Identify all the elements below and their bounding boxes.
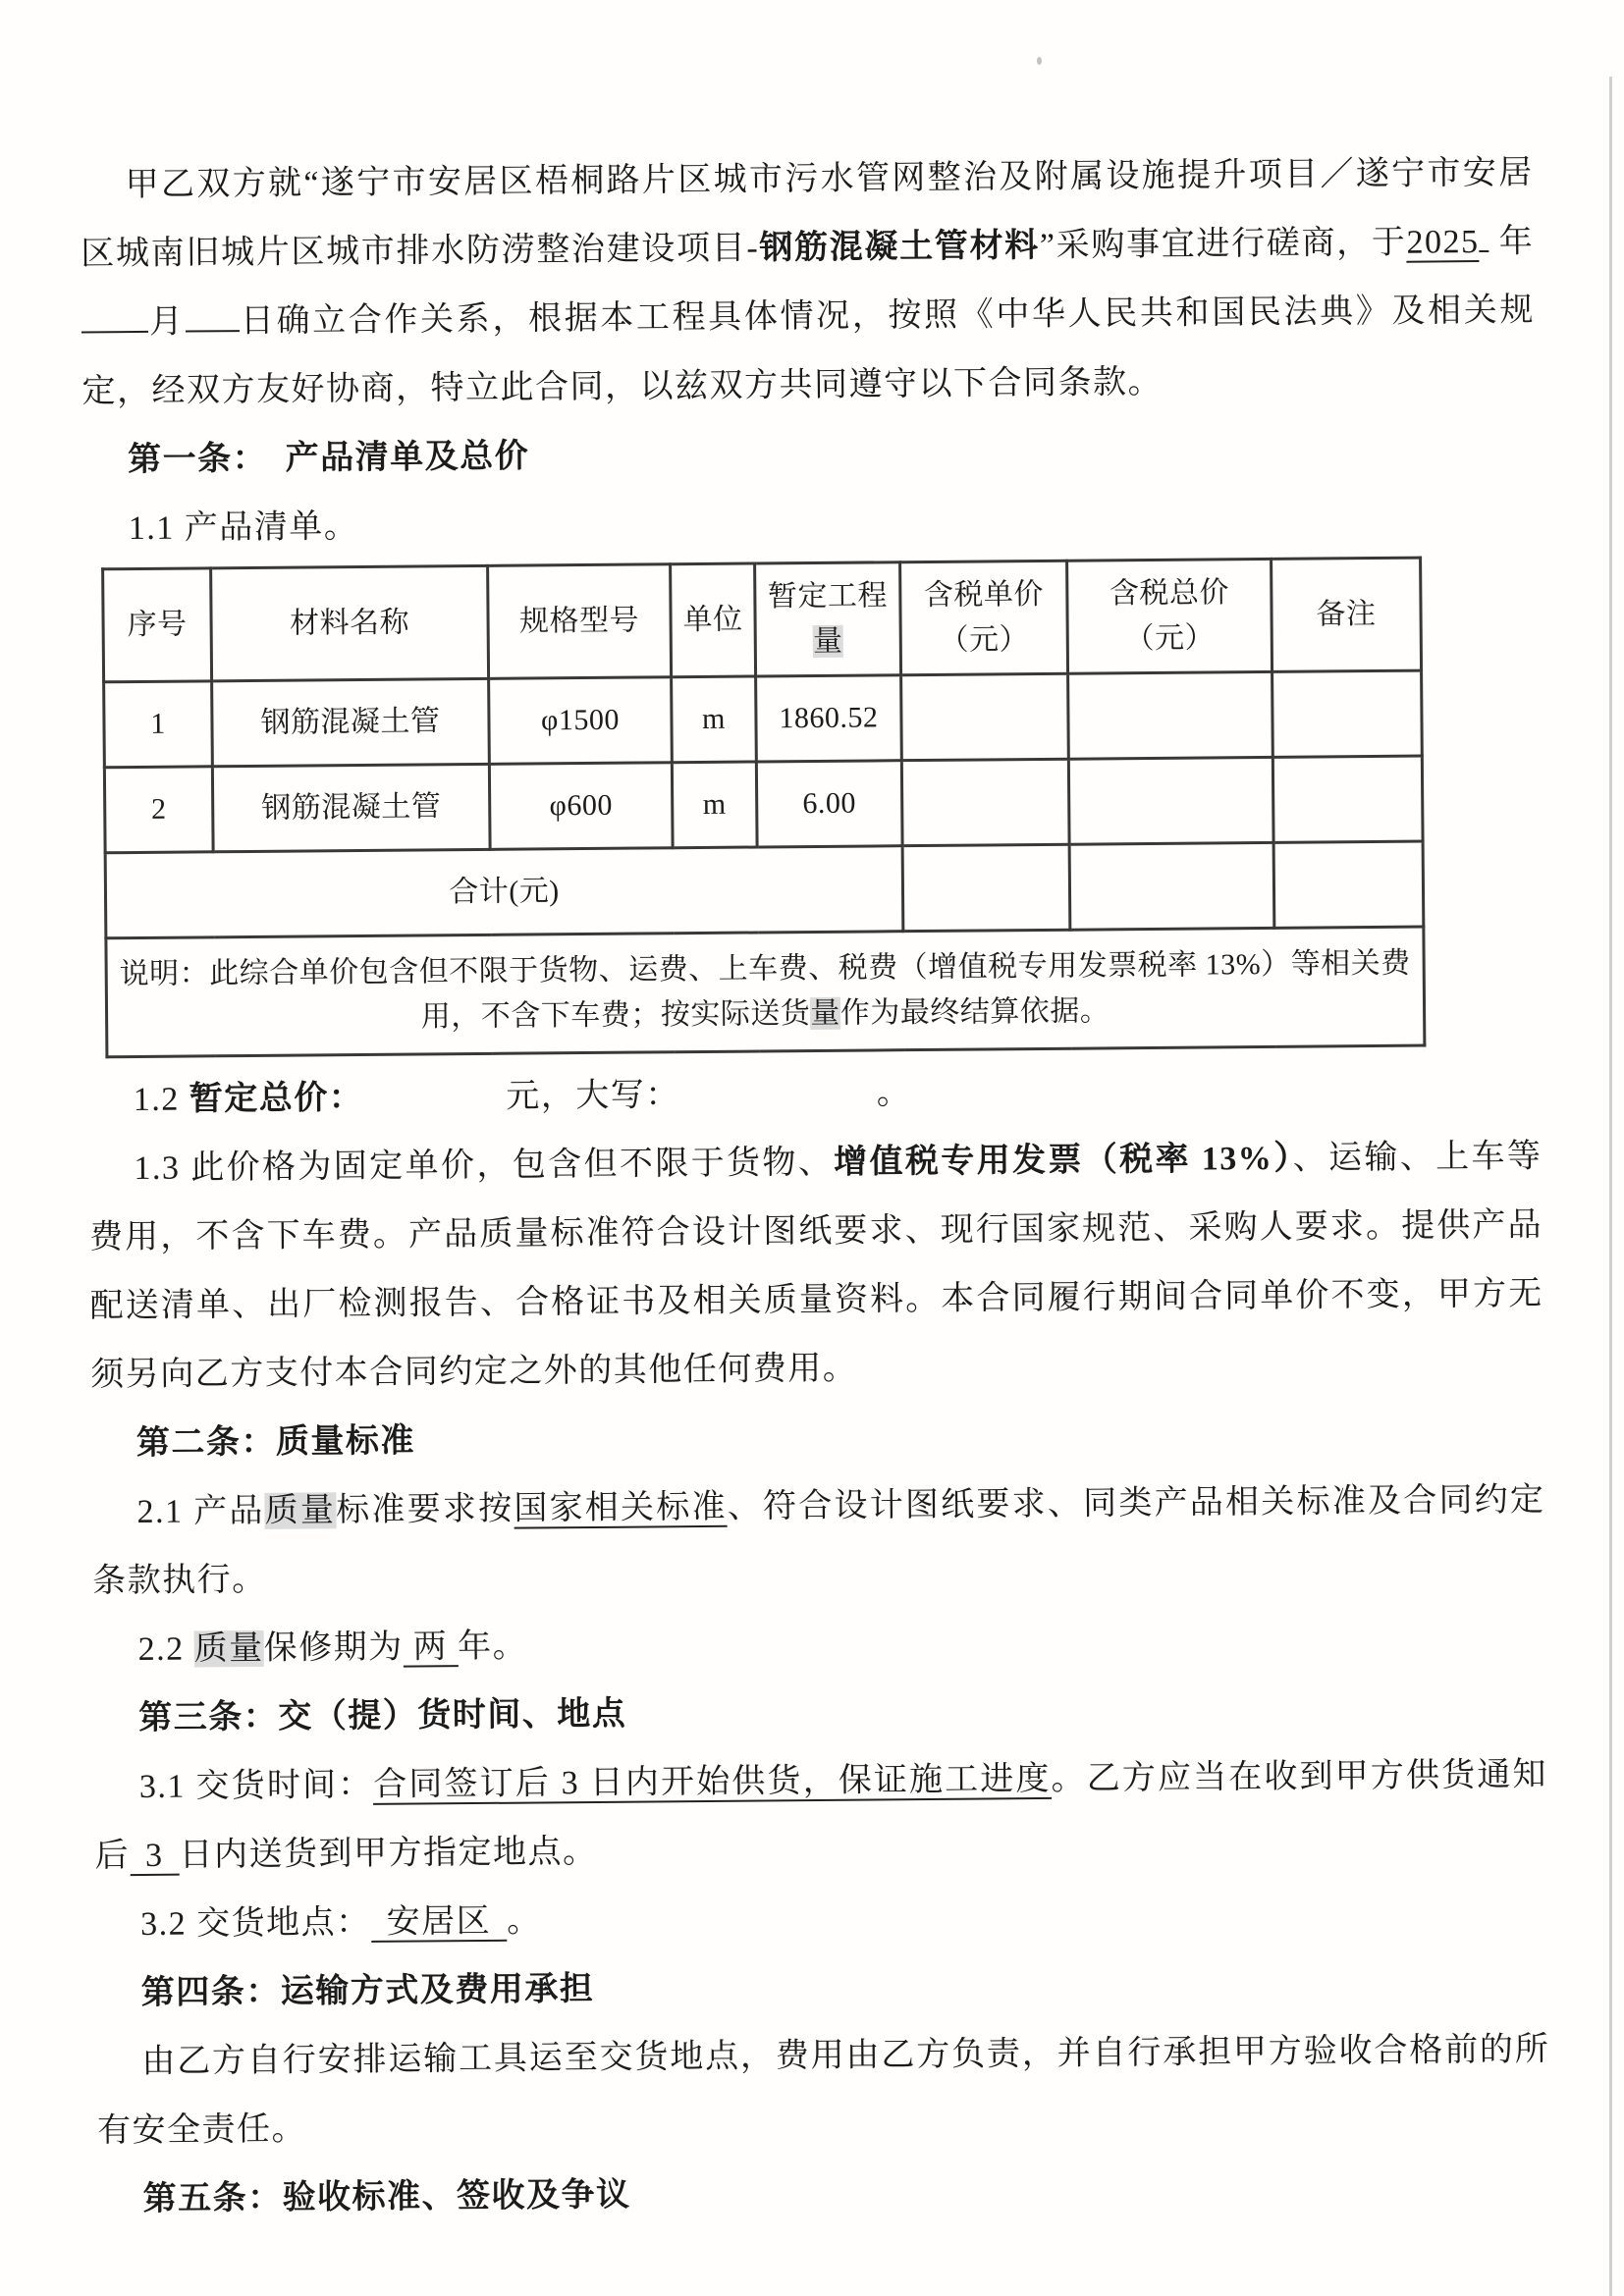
row1-unit-price — [901, 673, 1069, 760]
col-header-spec: 规格型号 — [488, 564, 672, 679]
item-1-1: 1.1 产品清单。 — [82, 483, 1537, 564]
item-2-2-smudged-chars: 质量 — [194, 1630, 264, 1668]
item-2-1-smudged-chars: 质量 — [265, 1492, 337, 1529]
intro-text-2: ”采购事宜进行磋商，于 — [1040, 225, 1407, 264]
scanned-contract-page: 甲乙双方就“遂宁市安居区梧桐路片区城市污水管网整治及附属设施提升项目／遂宁市安居… — [0, 0, 1624, 2296]
total-label-cell: 合计(元) — [105, 846, 903, 938]
item-3-1-label: 3.1 交货时间： — [139, 1767, 374, 1805]
item-1-2-end: 。 — [877, 1075, 912, 1111]
article-1-heading: 第一条： 产品清单及总价 — [82, 414, 1537, 496]
article-4-body: 由乙方自行安排运输工具运至交货地点，费用由乙方负责，并自行承担甲方验收合格前的所… — [96, 2015, 1550, 2165]
price-in-words-blank-field — [680, 1094, 877, 1105]
col-header-qty-smudged-char: 量 — [813, 625, 843, 658]
contract-content: 甲乙双方就“遂宁市安居区梧桐路片区城市污水管网整治及附属设施提升项目／遂宁市安居… — [0, 0, 1624, 2235]
row1-spec: φ1500 — [489, 677, 673, 765]
item-2-1-underlined-standard: 国家相关标准 — [514, 1489, 728, 1529]
delivery-place-underlined-value: 安居区 — [370, 1903, 507, 1943]
item-1-3-vat-invoice-bold: 增值税专用发票（税率 13%） — [834, 1141, 1293, 1181]
table-total-row: 合计(元) — [105, 841, 1424, 938]
row2-spec: φ600 — [489, 763, 673, 850]
col-header-qty: 暂定工程量 — [755, 562, 901, 676]
row1-unit: m — [672, 676, 757, 763]
total-price-blank-field — [363, 1097, 506, 1108]
row1-remark — [1272, 670, 1423, 757]
row2-remark — [1272, 756, 1423, 842]
intro-material-name-bold: 钢筋混凝土管材料 — [759, 228, 1040, 266]
item-1-2-num: 1.2 — [134, 1082, 189, 1118]
delivery-time-underlined-value: 合同签订后 3 日内开始供货，保证施工进度 — [373, 1761, 1052, 1805]
item-3-2: 3.2 交货地点：安居区。 — [95, 1878, 1549, 1959]
item-1-2-label: 暂定总价： — [189, 1080, 364, 1118]
item-2-2-num: 2.2 — [138, 1631, 194, 1668]
item-2-1-text: 2.1 产品 — [136, 1493, 265, 1530]
col-header-unit: 单位 — [671, 563, 756, 677]
row2-material-name: 钢筋混凝土管 — [212, 764, 490, 851]
row1-qty: 1860.52 — [756, 675, 902, 762]
intro-text-3: 日确立合作关系，根据本工程具体情况，按照《中华人民共和国民法典》及相关规定，经双… — [81, 293, 1535, 410]
item-3-2-text: 。 — [507, 1902, 542, 1939]
row2-no: 2 — [104, 767, 213, 853]
warranty-years-underlined-value: 两 — [404, 1629, 459, 1667]
item-2-2-text-2: 年。 — [458, 1629, 527, 1666]
row1-total-price — [1068, 671, 1273, 759]
table-row: 1 钢筋混凝土管 φ1500 m 1860.52 — [104, 670, 1423, 768]
col-header-total-price: 含税总价（元） — [1067, 559, 1272, 673]
item-2-2-text: 保修期为 — [264, 1629, 404, 1667]
table-header-row: 序号 材料名称 规格型号 单位 暂定工程量 含税单价（元） 含税总价（元） 备注 — [103, 558, 1422, 682]
col-header-unit-price: 含税单价（元） — [900, 561, 1068, 674]
item-3-1-text-2: 日内送货到甲方指定地点。 — [179, 1834, 597, 1874]
total-price-cell — [1069, 842, 1274, 930]
row2-qty: 6.00 — [756, 761, 902, 847]
article-3-heading: 第三条：交（提）货时间、地点 — [93, 1673, 1547, 1754]
contract-year-value: 2025 — [1406, 224, 1479, 263]
intro-paragraph: 甲乙双方就“遂宁市安居区梧桐路片区城市污水管网整治及附属设施提升项目／遂宁市安居… — [80, 139, 1535, 427]
item-1-3-text: 1.3 此价格为固定单价，包含但不限于货物、 — [134, 1145, 834, 1187]
product-list-table: 序号 材料名称 规格型号 单位 暂定工程量 含税单价（元） 含税总价（元） 备注… — [101, 557, 1426, 1059]
month-blank-field — [81, 292, 148, 334]
row2-unit: m — [672, 762, 757, 848]
article-5-heading: 第五条：验收标准、签收及争议 — [97, 2153, 1551, 2234]
article-2-heading: 第二条：质量标准 — [91, 1398, 1545, 1479]
item-2-2: 2.2 质量保修期为两年。 — [92, 1604, 1546, 1685]
item-1-2: 1.2 暂定总价：元，大写：。 — [88, 1054, 1543, 1136]
table-note-smudged-char: 量 — [810, 997, 840, 1030]
item-1-3: 1.3 此价格为固定单价，包含但不限于货物、增值税专用发票（税率 13%）、运输… — [88, 1123, 1543, 1411]
item-3-1: 3.1 交货时间：合同签订后 3 日内开始供货，保证施工进度。乙方应当在收到甲方… — [94, 1741, 1548, 1892]
day-blank-field — [185, 291, 239, 332]
article-4-heading: 第四条：运输方式及费用承担 — [95, 1947, 1549, 2028]
item-2-1: 2.1 产品质量标准要求按国家相关标准、符合设计图纸要求、同类产品相关标准及合同… — [91, 1467, 1545, 1617]
total-remark-cell — [1273, 841, 1424, 928]
col-header-remark: 备注 — [1272, 558, 1422, 671]
table-note-text: 说明：此综合单价包含但不限于货物、运费、上车费、税费（增值税专用发票税率 13%… — [120, 947, 1411, 1034]
col-header-material-name: 材料名称 — [211, 565, 489, 680]
table-note-text-2: 作为最终结算依据。 — [840, 994, 1110, 1029]
row2-unit-price — [901, 759, 1069, 845]
row2-total-price — [1068, 757, 1273, 844]
table-note-cell: 说明：此综合单价包含但不限于货物、运费、上车费、税费（增值税专用发票税率 13%… — [106, 927, 1425, 1057]
year-underline-blank — [1479, 211, 1489, 252]
row1-no: 1 — [104, 681, 213, 768]
item-2-1-text-2: 标准要求按 — [336, 1491, 514, 1529]
total-unit-price-cell — [902, 844, 1070, 931]
col-header-no: 序号 — [103, 568, 212, 682]
delivery-days-underlined-value: 3 — [130, 1838, 180, 1876]
item-3-2-label: 3.2 交货地点： — [140, 1904, 371, 1943]
item-1-2-mid: 元，大写： — [506, 1077, 680, 1115]
table-row: 2 钢筋混凝土管 φ600 m 6.00 — [104, 756, 1423, 853]
table-note-row: 说明：此综合单价包含但不限于货物、运费、上车费、税费（增值税专用发票税率 13%… — [106, 927, 1425, 1057]
col-header-qty-text: 暂定工程 — [768, 579, 888, 613]
row1-material-name: 钢筋混凝土管 — [212, 678, 490, 766]
year-label: 年 — [1499, 224, 1535, 260]
month-label: 月 — [148, 304, 186, 341]
